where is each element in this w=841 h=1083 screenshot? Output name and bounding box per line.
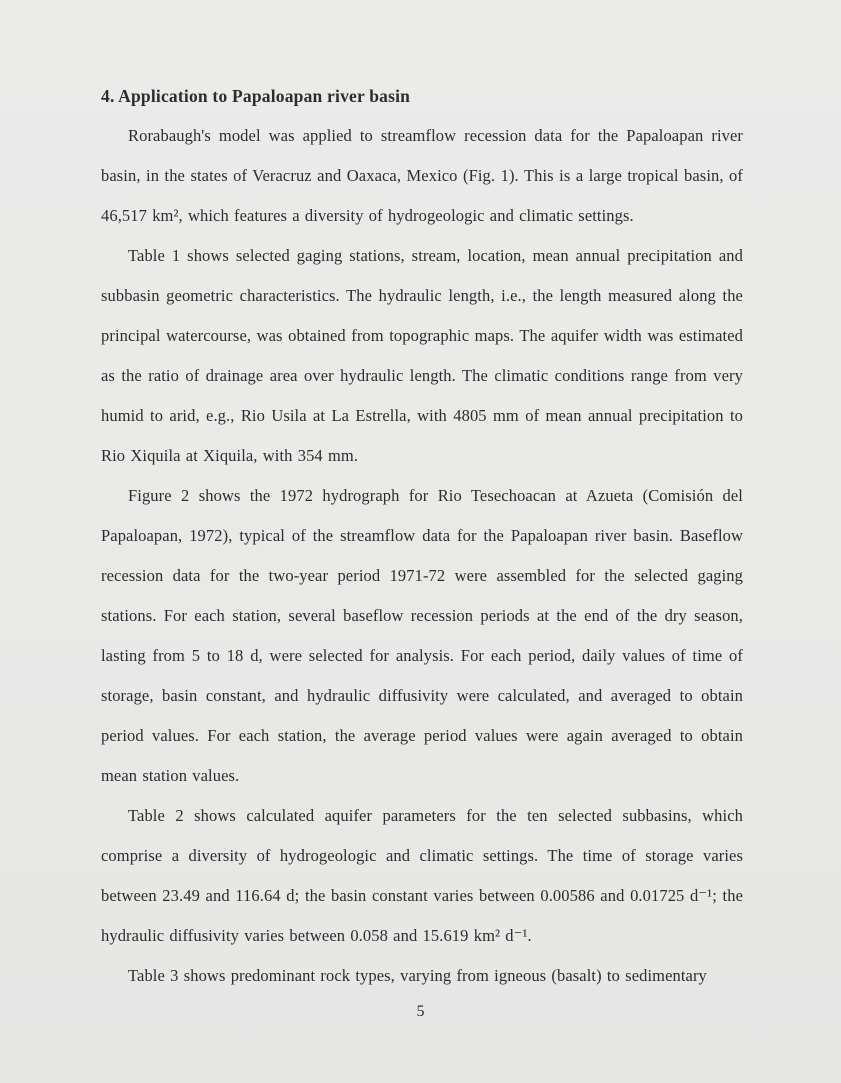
- paragraph-table3-rock-types: Table 3 shows predominant rock types, va…: [101, 956, 743, 996]
- paragraph-table1-stations: Table 1 shows selected gaging stations, …: [101, 236, 743, 476]
- paragraph-figure2-hydrograph: Figure 2 shows the 1972 hydrograph for R…: [101, 476, 743, 796]
- paragraph-table2-aquifer-parameters: Table 2 shows calculated aquifer paramet…: [101, 796, 743, 956]
- page-footer: 5: [0, 1003, 841, 1021]
- page-text-block: 4. Application to Papaloapan river basin…: [101, 76, 743, 996]
- paragraph-rorabaugh-model: Rorabaugh's model was applied to streamf…: [101, 116, 743, 236]
- section-heading: 4. Application to Papaloapan river basin: [101, 76, 743, 116]
- scanned-paper-page: 4. Application to Papaloapan river basin…: [0, 0, 841, 1083]
- page-number: 5: [417, 1003, 425, 1020]
